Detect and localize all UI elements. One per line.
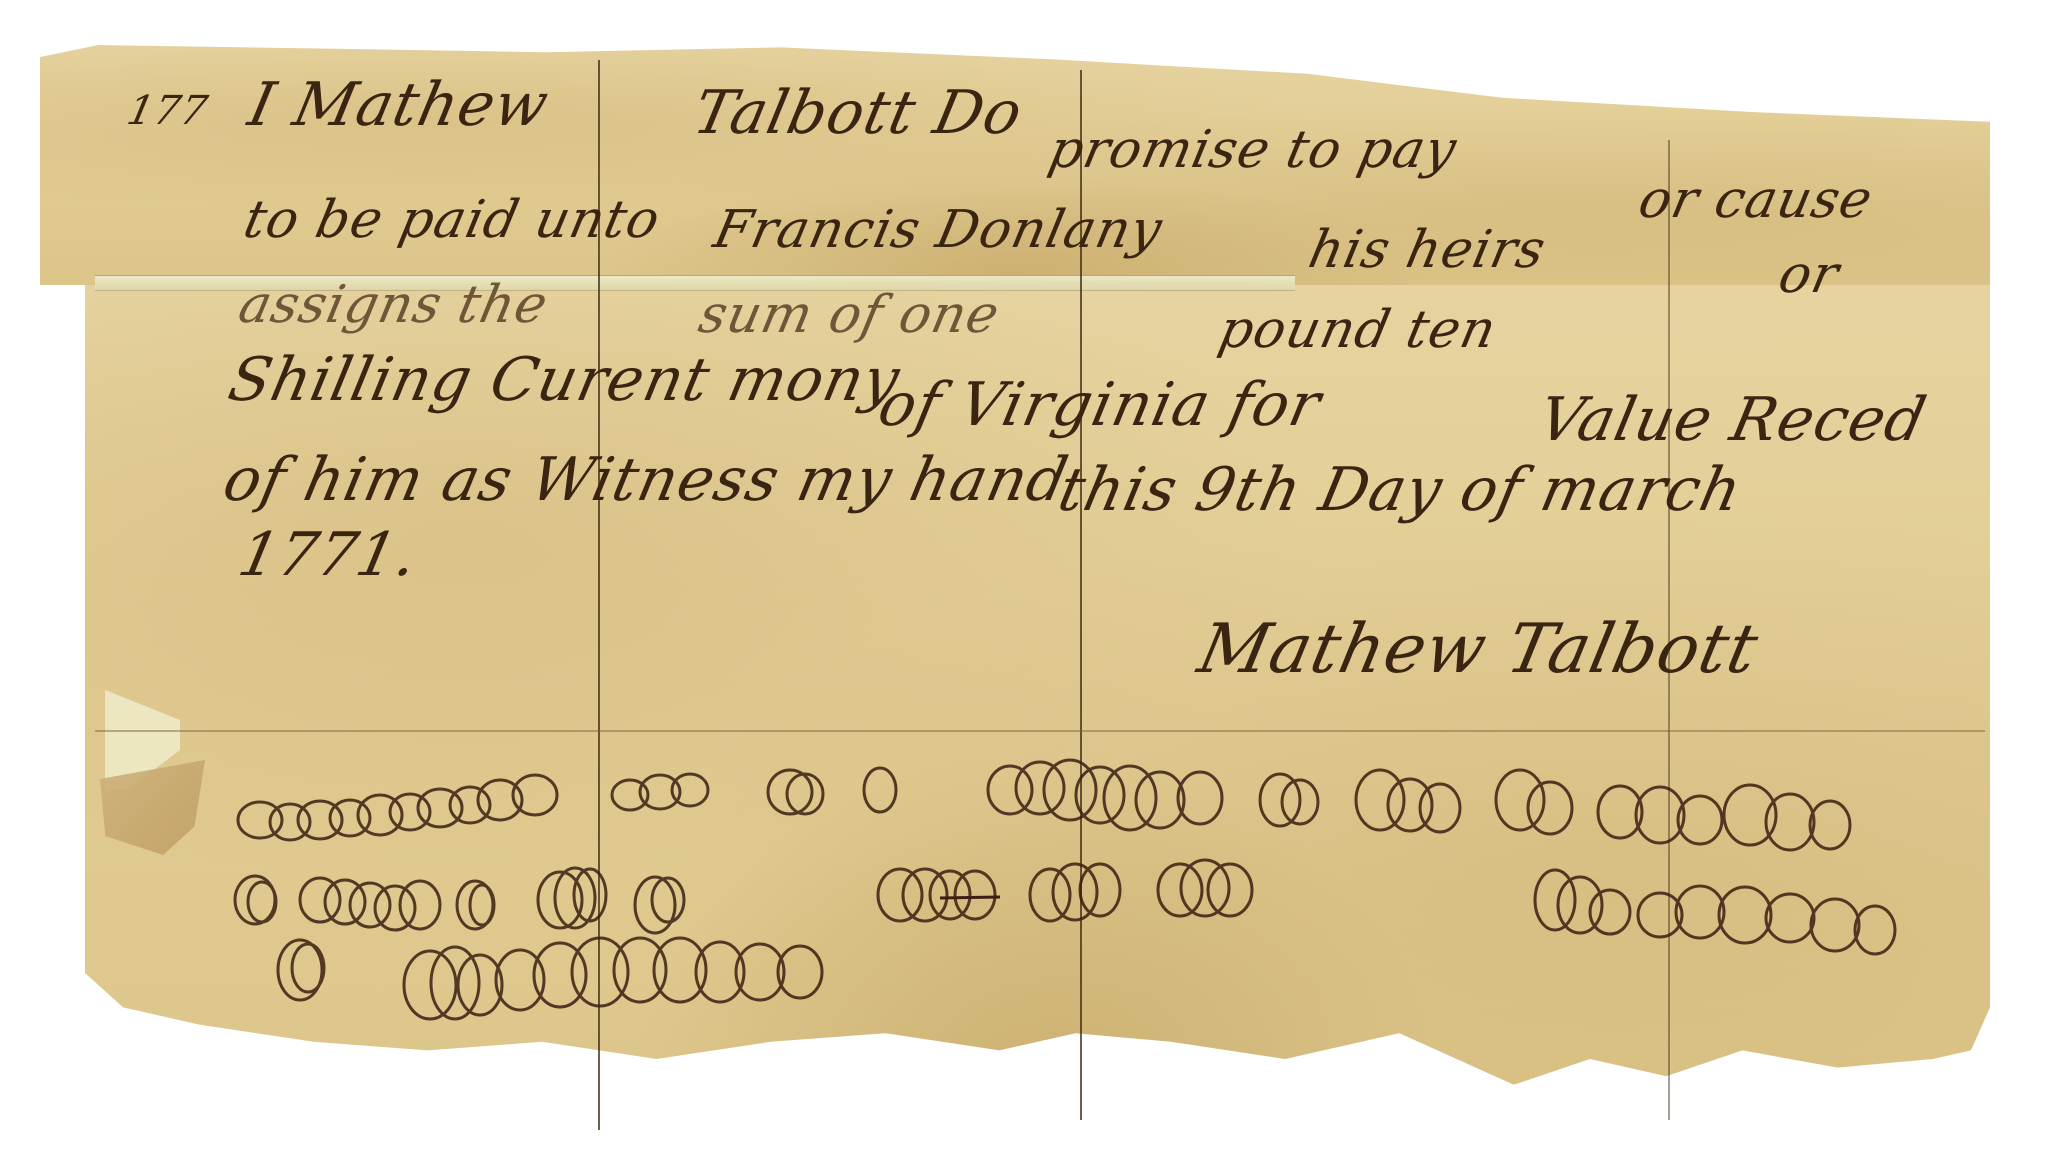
scribble-row-2 xyxy=(235,860,1895,954)
scribble-row-1 xyxy=(238,760,1850,850)
scribble-marks xyxy=(0,0,2052,1175)
scanned-document: 177 I Mathew Talbott Do promise to pay o… xyxy=(0,0,2052,1175)
scribble-row-3 xyxy=(278,938,822,1019)
